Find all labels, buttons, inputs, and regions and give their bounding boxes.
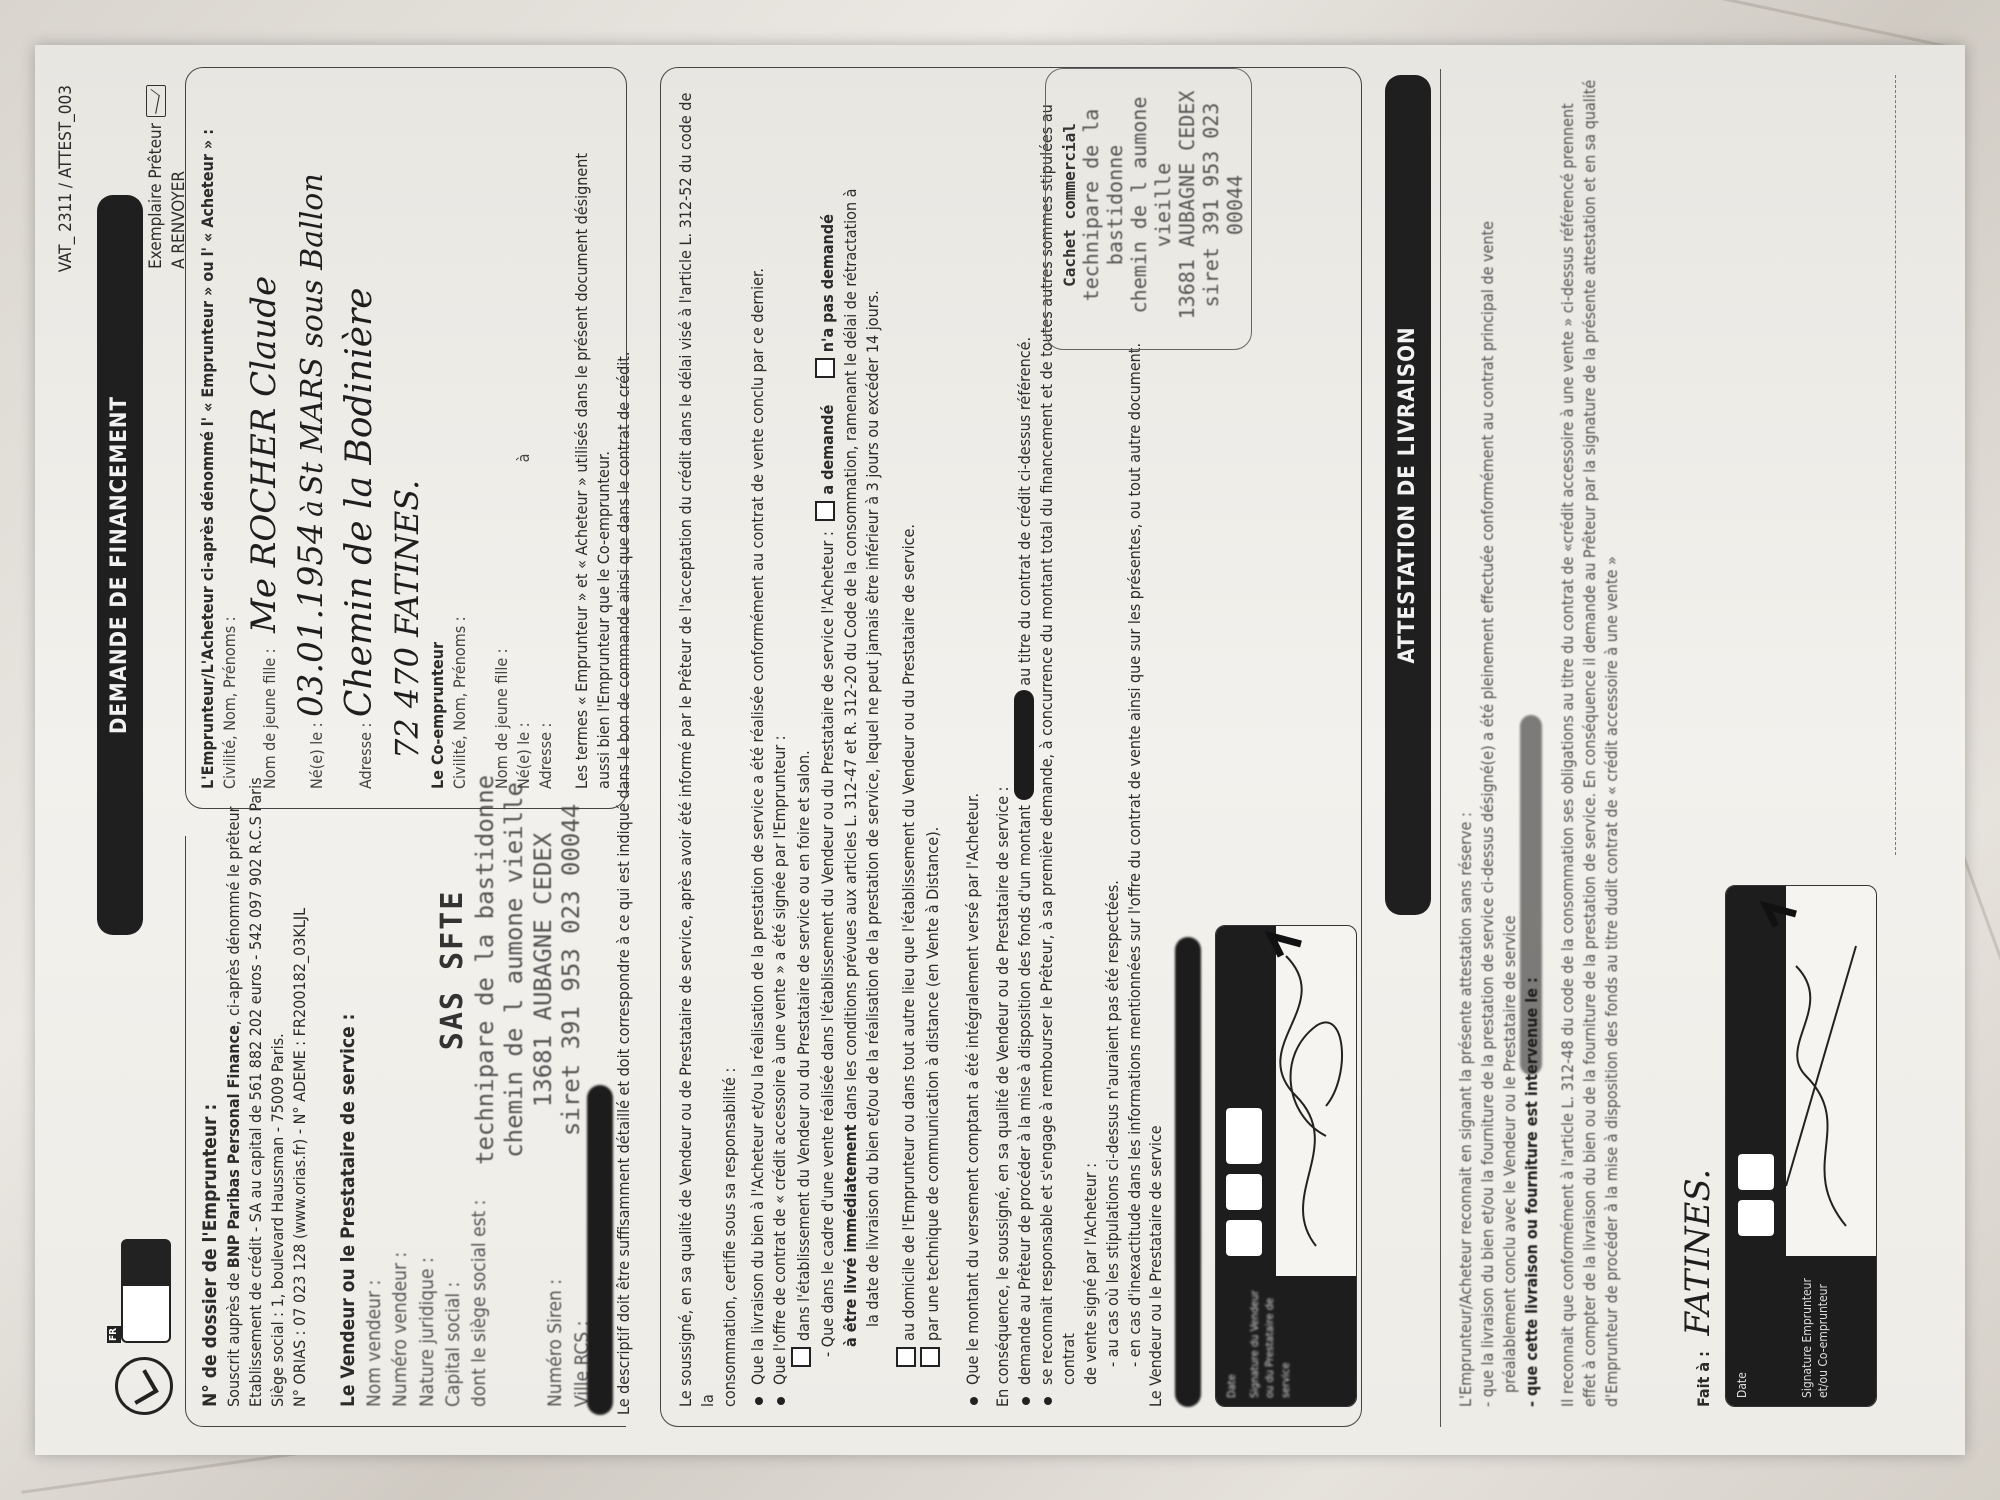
coborrower-heading: Le Co-emprunteur bbox=[427, 69, 449, 789]
redacted-vendor-line bbox=[1175, 937, 1201, 1407]
terms-line2: aussi bien l'Emprunteur que le Co-emprun… bbox=[593, 69, 615, 789]
option-distance-label: par une technique de communication à dis… bbox=[923, 827, 942, 1341]
commercial-stamp-line4: siret 391 953 023 00044 bbox=[1199, 80, 1247, 330]
cut-line bbox=[1895, 75, 1896, 855]
checkbox-home[interactable] bbox=[896, 1347, 916, 1367]
coborrower-born-label[interactable]: Né(e) le : bbox=[514, 722, 533, 789]
option-home-label: au domicile de l'Emprunteur ou dans tout… bbox=[899, 524, 918, 1341]
checkbox-not-asked[interactable] bbox=[815, 358, 835, 378]
bnp-logo-icon bbox=[115, 1357, 173, 1415]
made-at-label: Fait à : bbox=[1694, 1351, 1713, 1407]
badge-label: FR bbox=[107, 1326, 121, 1343]
delivery-line2: préalablement conclu avec le Vendeur ou … bbox=[1499, 77, 1521, 1393]
redacted-descriptif-label bbox=[587, 1085, 613, 1415]
consequence-line: En conséquence, le soussigné, en sa qual… bbox=[992, 87, 1014, 1407]
coborrower-born-at-label: à bbox=[514, 454, 533, 463]
vendor-name-label: Nom vendeur : bbox=[361, 847, 387, 1407]
copy-label-line1: Exemplaire Prêteur bbox=[146, 123, 166, 269]
vendor-stamp-line2: chemin de l aumone vieille bbox=[500, 775, 529, 1165]
sig-label-panel: Date Signature du Vendeur ou du Prestata… bbox=[1216, 1276, 1356, 1406]
delivery-para-line2: effet à compter de la livraison du bien … bbox=[1579, 77, 1601, 1407]
borrower-address-label: Adresse : bbox=[356, 723, 375, 789]
checkbox-fair[interactable] bbox=[791, 1347, 811, 1367]
coborrower-maiden-label[interactable]: Nom de jeune fille : bbox=[491, 69, 513, 789]
dossier-number-label: N° de dossier de l'Emprunteur : bbox=[197, 827, 223, 1407]
delivery-line1: - que la livraison du bien et/ou la four… bbox=[1477, 77, 1499, 1407]
sub-line2-bold: à être livré immédiatement bbox=[841, 1124, 860, 1347]
not-asked-label: n'a pas demandé bbox=[818, 214, 837, 352]
document-reference: VAT_ 2311 / ATTEST_003 bbox=[55, 85, 78, 272]
commercial-stamp-line2: chemin de l aumone vieille bbox=[1127, 80, 1175, 330]
vendor-signatory-label: Le Vendeur ou le Prestataire de service bbox=[1145, 1125, 1167, 1407]
delivery-para-line1: Il reconnait que conformément à l'articl… bbox=[1557, 77, 1579, 1407]
terms-line1: Les termes « Emprunteur » et « Acheteur … bbox=[571, 69, 593, 789]
borrower-born-place-value[interactable]: St MARS sous Ballon bbox=[295, 173, 330, 494]
borrower-sig-date-label: Date bbox=[1726, 1256, 1759, 1406]
option-fair-label: dans l'établissement du Vendeur ou du Pr… bbox=[794, 750, 813, 1341]
borrower-born-value[interactable]: 03.01.1954 bbox=[291, 522, 331, 717]
borrower-sig-label-panel: Date Signature Emprunteur et/ou Co-empru… bbox=[1726, 1256, 1876, 1406]
delivery-banner: ATTESTATION DE LIVRAISON bbox=[1385, 75, 1431, 915]
marble-vein bbox=[1703, 0, 1958, 50]
bullet4-prefix: demande au Prêteur de procéder à la mise… bbox=[1015, 805, 1034, 1385]
borrower-section: L'Emprunteur/L'Acheteur ci-après dénommé… bbox=[197, 69, 429, 789]
borrower-address-line1[interactable]: Chemin de la Bodinière bbox=[339, 287, 380, 717]
vendor-signature-box[interactable]: Date Signature du Vendeur ou du Prestata… bbox=[1215, 925, 1357, 1407]
delivery-para-line3: d'Emprunteur de procéder à la mise à dis… bbox=[1601, 77, 1623, 1407]
lender-name: BNP Paribas Personal Finance bbox=[224, 1025, 243, 1268]
borrower-born-at-label: à bbox=[296, 500, 329, 517]
lender-line2: Etablissement de crédit - SA au capital … bbox=[245, 827, 267, 1407]
borrower-heading: L'Emprunteur/L'Acheteur ci-après dénommé… bbox=[197, 69, 219, 789]
vendor-signature-scribble bbox=[1256, 926, 1356, 1256]
commercial-stamp: Cachet commercial technipare de la basti… bbox=[1060, 80, 1247, 330]
vendor-stamp-line3: 13681 AUBAGNE CEDEX bbox=[529, 775, 558, 1165]
vendor-stamp: SAS SFTE technipare de la bastidonne che… bbox=[435, 775, 586, 1165]
vendor-sig-date-label: Date bbox=[1216, 1276, 1247, 1406]
lender-line3: Siège social : 1, boulevard Haussman - 7… bbox=[267, 827, 289, 1407]
made-at-value[interactable]: FATINES. bbox=[1678, 1169, 1718, 1336]
envelope-icon bbox=[146, 85, 166, 117]
certification-bullet-payment: Que le montant du versement comptant a é… bbox=[962, 87, 984, 1407]
commercial-stamp-title: Cachet commercial bbox=[1060, 80, 1079, 330]
sub-line2-rest: dans les conditions prévues aux articles… bbox=[841, 189, 860, 1125]
coborrower-address-label[interactable]: Adresse : bbox=[535, 69, 557, 789]
commercial-stamp-line1: technipare de la bastidonne bbox=[1079, 80, 1127, 330]
lender-line4: N° ORIAS : 07 023 128 (www.orias.fr) - N… bbox=[289, 827, 311, 1407]
vendor-number-label: Numéro vendeur : bbox=[387, 847, 413, 1407]
title-banner: DEMANDE DE FINANCEMENT bbox=[97, 195, 143, 935]
borrower-civ-label: Civilité, Nom, Prénoms : bbox=[220, 616, 239, 789]
redacted-delivery-date bbox=[1520, 715, 1542, 1075]
document-badge-icon: FR bbox=[121, 1239, 171, 1343]
delivery-divider bbox=[1440, 69, 1441, 1427]
sub-line3: la date de livraison du bien et/ou de la… bbox=[862, 87, 884, 1327]
vendor-stamp-line4: siret 391 953 023 00044 bbox=[557, 775, 586, 1165]
marble-vein bbox=[21, 1449, 318, 1494]
bullet4-suffix: au titre du contrat de crédit ci-dessus … bbox=[1015, 337, 1034, 686]
vendor-sig-label3: ou du Prestataire de service bbox=[1262, 1276, 1292, 1406]
borrower-maiden-label: Nom de jeune fille : bbox=[260, 648, 279, 789]
lender-line1-prefix: Souscrit auprès de bbox=[224, 1268, 243, 1407]
certification-bullet-delivery: Que la livraison du bien à l'Acheteur et… bbox=[747, 87, 769, 1407]
borrower-signature-scribble bbox=[1756, 886, 1876, 1246]
vendor-heading: Le Vendeur ou le Prestataire de service … bbox=[335, 847, 361, 1407]
borrower-sig-label2: Signature Emprunteur bbox=[1759, 1256, 1816, 1406]
lender-line1-suffix: , ci-après dénommé le prêteur bbox=[224, 807, 243, 1026]
coborrower-section: Le Co-emprunteur Civilité, Nom, Prénoms … bbox=[427, 69, 616, 789]
borrower-name-value[interactable]: Me ROCHER Claude bbox=[244, 276, 284, 633]
vendor-sig-label2: Signature du Vendeur bbox=[1247, 1276, 1262, 1406]
borrower-signature-box[interactable]: Date Signature Emprunteur et/ou Co-empru… bbox=[1725, 885, 1877, 1407]
certification-intro-line2: consommation, certifie sous sa responsab… bbox=[719, 87, 741, 1407]
sub-line1: - Que dans le cadre d'une vente réalisée… bbox=[818, 531, 837, 1357]
vendor-stamp-line1: technipare de la bastidonne bbox=[471, 775, 500, 1165]
redacted-amount bbox=[1014, 690, 1034, 800]
coborrower-civ-label[interactable]: Civilité, Nom, Prénoms : bbox=[449, 69, 471, 789]
financing-request-document: FR DEMANDE DE FINANCEMENT VAT_ 2311 / AT… bbox=[35, 45, 1965, 1455]
borrower-born-label: Né(e) le : bbox=[307, 722, 326, 789]
delivery-intro: L'Emprunteur/Acheteur reconnait en signa… bbox=[1455, 77, 1477, 1407]
asked-label: a demandé bbox=[818, 405, 837, 495]
checkbox-distance[interactable] bbox=[920, 1347, 940, 1367]
checkbox-asked[interactable] bbox=[815, 501, 835, 521]
lender-section: N° de dossier de l'Emprunteur : Souscrit… bbox=[197, 827, 312, 1407]
certification-intro-line1: Le soussigné, en sa qualité de Vendeur o… bbox=[675, 87, 719, 1407]
borrower-sig-label3: et/ou Co-emprunteur bbox=[1815, 1256, 1832, 1406]
vendor-stamp-name: SAS SFTE bbox=[435, 775, 471, 1165]
commercial-stamp-line3: 13681 AUBAGNE CEDEX bbox=[1175, 80, 1199, 330]
borrower-address-line2[interactable]: 72 470 FATINES. bbox=[385, 69, 429, 759]
made-at-row: Fait à : FATINES. bbox=[1675, 1169, 1722, 1407]
certification-bullet-offer-signed: Que l'offre de contrat de « crédit acces… bbox=[769, 87, 791, 1407]
